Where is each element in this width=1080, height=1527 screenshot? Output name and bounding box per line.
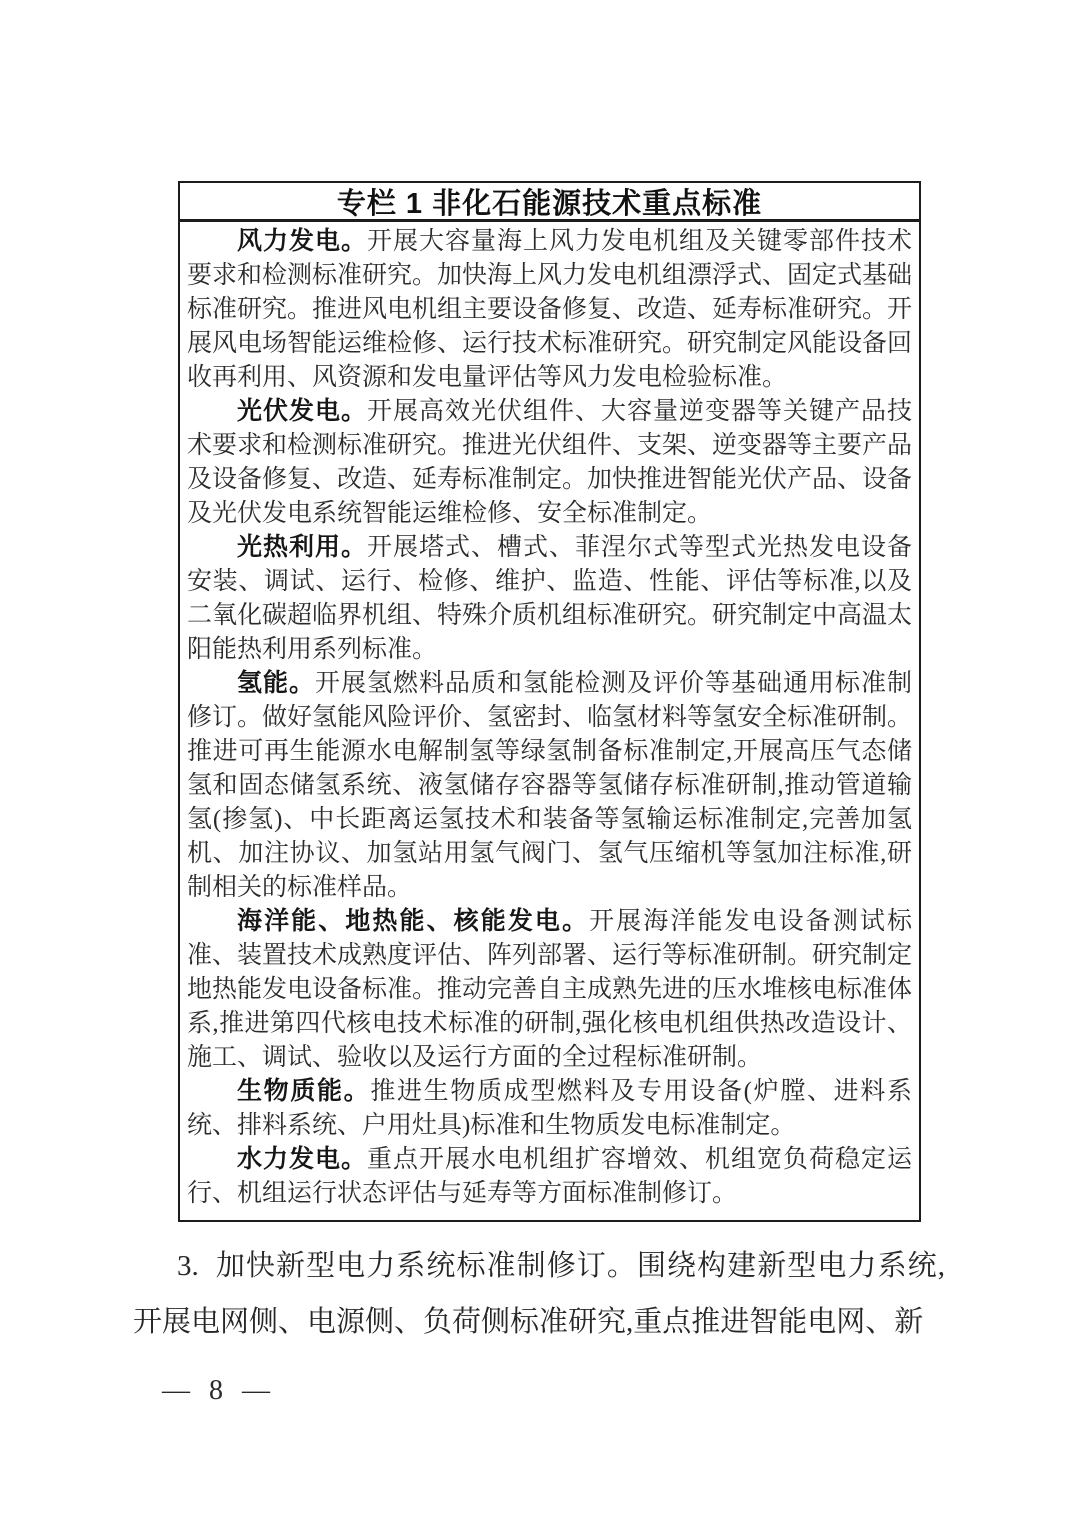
item-text: 加快新型电力系统标准制修订。围绕构建新型电力系统,开展电网侧、电源侧、负荷侧标准… xyxy=(133,1250,945,1338)
paragraph-lead: 氢能。 xyxy=(237,670,315,697)
document-page: 专栏 1 非化石能源技术重点标准 风力发电。开展大容量海上风力发电机组及关键零部… xyxy=(0,0,1080,1527)
item-number: 3. xyxy=(177,1238,199,1294)
box-paragraph-hydropower: 水力发电。重点开展水电机组扩容增效、机组宽负荷稳定运行、机组运行状态评估与延寿等… xyxy=(187,1143,912,1211)
box-paragraph-solar-thermal: 光热利用。开展塔式、槽式、菲涅尔式等型式光热发电设备安装、调试、运行、检修、维护… xyxy=(187,531,912,667)
paragraph-lead: 风力发电。 xyxy=(237,228,367,255)
paragraph-text: 开展氢燃料品质和氢能检测及评价等基础通用标准制修订。做好氢能风险评价、氢密封、临… xyxy=(187,670,912,901)
column-box-title: 专栏 1 非化石能源技术重点标准 xyxy=(180,183,919,222)
box-paragraph-wind: 风力发电。开展大容量海上风力发电机组及关键零部件技术要求和检测标准研究。加快海上… xyxy=(187,225,912,395)
box-paragraph-hydrogen: 氢能。开展氢燃料品质和氢能检测及评价等基础通用标准制修订。做好氢能风险评价、氢密… xyxy=(187,667,912,905)
paragraph-lead: 生物质能。 xyxy=(237,1078,370,1105)
page-number: — 8 — xyxy=(162,1375,276,1407)
column-1-box: 专栏 1 非化石能源技术重点标准 风力发电。开展大容量海上风力发电机组及关键零部… xyxy=(178,181,921,1222)
box-paragraph-ocean-geo-nuclear: 海洋能、地热能、核能发电。开展海洋能发电设备测试标准、装置技术成熟度评估、阵列部… xyxy=(187,905,912,1075)
paragraph-lead: 光伏发电。 xyxy=(237,398,367,425)
paragraph-lead: 海洋能、地热能、核能发电。 xyxy=(237,908,589,935)
box-paragraph-solar-pv: 光伏发电。开展高效光伏组件、大容量逆变器等关键产品技术要求和检测标准研究。推进光… xyxy=(187,395,912,531)
body-paragraph-item-3: 3.加快新型电力系统标准制修订。围绕构建新型电力系统,开展电网侧、电源侧、负荷侧… xyxy=(133,1238,945,1350)
column-box-body: 风力发电。开展大容量海上风力发电机组及关键零部件技术要求和检测标准研究。加快海上… xyxy=(180,222,919,1211)
paragraph-lead: 水力发电。 xyxy=(237,1146,367,1173)
box-paragraph-biomass: 生物质能。推进生物质成型燃料及专用设备(炉膛、进料系统、排料系统、户用灶具)标准… xyxy=(187,1075,912,1143)
paragraph-lead: 光热利用。 xyxy=(237,534,367,561)
